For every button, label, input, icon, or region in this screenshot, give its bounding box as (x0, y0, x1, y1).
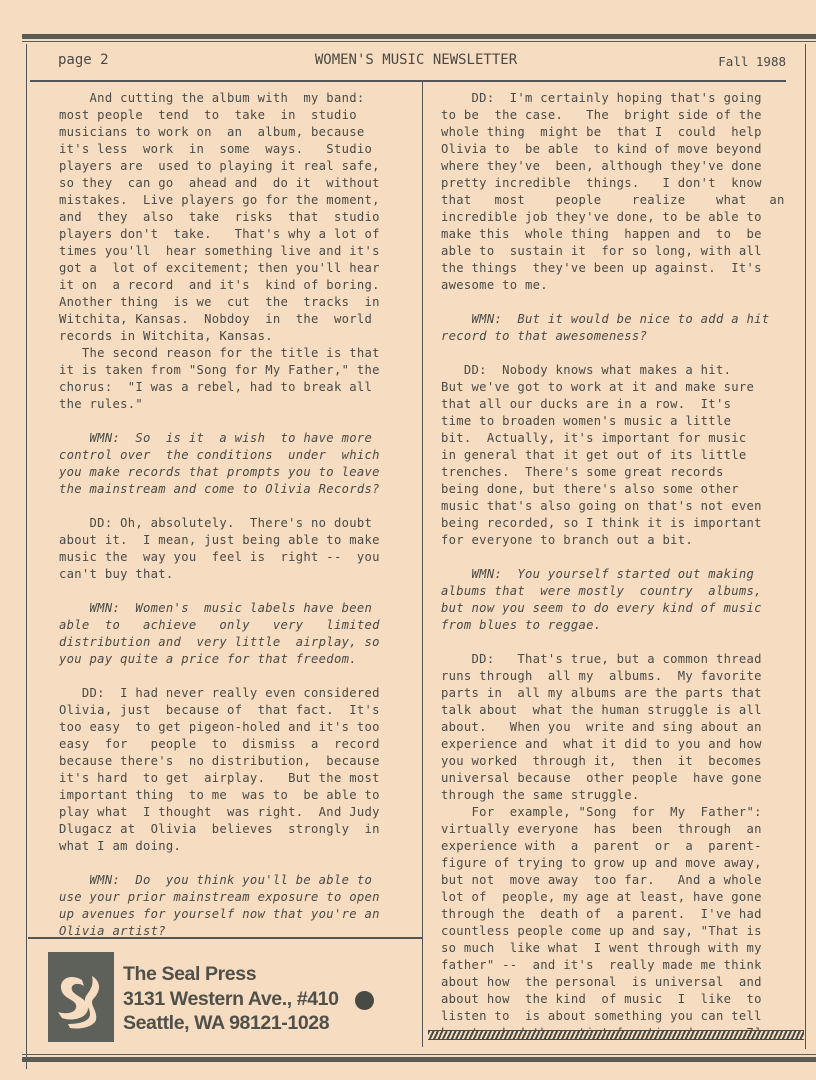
text-line: you worked through it, then it becomes (441, 753, 791, 770)
text-line: Olivia, just because of that fact. It's (59, 702, 409, 719)
text-line: about how the personal is universal and (441, 974, 791, 991)
text-line: so they can go ahead and do it without (59, 175, 409, 192)
text-line: bit. Actually, it's important for music (441, 430, 791, 447)
text-line: runs through all my albums. My favorite (441, 668, 791, 685)
text-line: countless people come up and say, "That … (441, 923, 791, 940)
text-line: too easy to get pigeon-holed and it's to… (59, 719, 409, 736)
text-line: so much like what I went through with my (441, 940, 791, 957)
text-line: able to sustain it for so long, with all (441, 243, 791, 260)
text-line: WMN: So is it a wish to have more (59, 430, 409, 447)
text-line: because there's no distribution, because (59, 753, 409, 770)
interview-answer: And cutting the album with my band:most … (59, 90, 409, 413)
paragraph-gap (59, 668, 409, 685)
text-line: the rules." (59, 396, 409, 413)
text-line: DD: That's true, but a common thread (441, 651, 791, 668)
frame-left-border (26, 44, 27, 1069)
text-line: easy for people to dismiss a record (59, 736, 409, 753)
top-rule-thin (22, 41, 816, 42)
text-line: through the same struggle. (441, 787, 791, 804)
text-line: lot of people, my age at least, have gon… (441, 889, 791, 906)
ad-address-line1: 3131 Western Ave., #410 (123, 987, 339, 1012)
text-line: For example, "Song for My Father": (441, 804, 791, 821)
text-line: that all our ducks are in a row. It's (441, 396, 791, 413)
text-line: parts in all my albums are the parts tha… (441, 685, 791, 702)
text-line: that most people realize what an (441, 192, 791, 209)
interview-answer: DD: That's true, but a common threadruns… (441, 651, 791, 1042)
interviewer-question: WMN: You yourself started out makingalbu… (441, 566, 791, 634)
text-line: times you'll hear something live and it'… (59, 243, 409, 260)
text-line: incredible job they've done, to be able … (441, 209, 791, 226)
text-line: Another thing is we cut the tracks in (59, 294, 409, 311)
text-line: for everyone to branch out a bit. (441, 532, 791, 549)
text-line: the mainstream and come to Olivia Record… (59, 481, 409, 498)
text-line: control over the conditions under which (59, 447, 409, 464)
interviewer-question: WMN: But it would be nice to add a hitre… (441, 311, 791, 345)
paragraph-gap (59, 855, 409, 872)
bottom-rule-thick (22, 1057, 816, 1062)
text-line: make this whole thing happen and to be (441, 226, 791, 243)
issue-date: Fall 1988 (718, 54, 786, 69)
page-header: page 2 WOMEN'S MUSIC NEWSLETTER Fall 198… (26, 44, 806, 80)
text-line: Witchita, Kansas. Nobdoy in the world (59, 311, 409, 328)
text-line: but not move away too far. And a whole (441, 872, 791, 889)
text-line: about. When you write and sing about an (441, 719, 791, 736)
text-line: Olivia to be able to kind of move beyond (441, 141, 791, 158)
bullet-dot-icon (355, 991, 374, 1010)
ad-top-rule (28, 937, 422, 939)
paragraph-gap (59, 413, 409, 430)
text-line: where they've been, although they've don… (441, 158, 791, 175)
text-line: about it. I mean, just being able to mak… (59, 532, 409, 549)
left-column-text: And cutting the album with my band:most … (59, 90, 409, 940)
ad-company-name: The Seal Press (123, 962, 339, 987)
text-line: most people tend to take in studio (59, 107, 409, 124)
text-line: The second reason for the title is that (59, 345, 409, 362)
text-line: it is taken from "Song for My Father," t… (59, 362, 409, 379)
text-line: record to that awesomeness? (441, 328, 791, 345)
seal-press-logo-icon (48, 952, 114, 1042)
text-line: players don't take. That's why a lot of (59, 226, 409, 243)
text-line: important thing to me was to be able to (59, 787, 409, 804)
text-line: figure of trying to grow up and move awa… (441, 855, 791, 872)
rope-border-decoration (428, 1030, 804, 1040)
paragraph-gap (59, 583, 409, 600)
text-line: But we've got to work at it and make sur… (441, 379, 791, 396)
text-line: listen to is about something you can tel… (441, 1008, 791, 1025)
right-column-text: DD: I'm certainly hoping that's goingto … (441, 90, 791, 1042)
text-line: got a lot of excitement; then you'll hea… (59, 260, 409, 277)
text-line: WMN: Women's music labels have been (59, 600, 409, 617)
text-line: you pay quite a price for that freedom. (59, 651, 409, 668)
text-line: albums that were mostly country albums, (441, 583, 791, 600)
text-line: music that's also going on that's not ev… (441, 498, 791, 515)
interview-answer: DD: I had never really even consideredOl… (59, 685, 409, 855)
text-line: and they also take risks that studio (59, 209, 409, 226)
interviewer-question: WMN: So is it a wish to have morecontrol… (59, 430, 409, 498)
text-line: being recorded, so I think it is importa… (441, 515, 791, 532)
newsletter-title: WOMEN'S MUSIC NEWSLETTER (26, 52, 806, 68)
advertisement-text: The Seal Press 3131 Western Ave., #410 S… (123, 962, 339, 1036)
text-line: from blues to reggae. (441, 617, 791, 634)
text-line: use your prior mainstream exposure to op… (59, 889, 409, 906)
text-line: WMN: You yourself started out making (441, 566, 791, 583)
text-line: Dlugacz at Olivia believes strongly in (59, 821, 409, 838)
text-line: through the death of a parent. I've had (441, 906, 791, 923)
column-divider (422, 82, 423, 1047)
interviewer-question: WMN: Do you think you'll be able touse y… (59, 872, 409, 940)
text-line: the things they've been up against. It's (441, 260, 791, 277)
text-line: players are used to playing it real safe… (59, 158, 409, 175)
text-line: father" -- and it's really made me think (441, 957, 791, 974)
text-line: in general that it get out of its little (441, 447, 791, 464)
text-line: can't buy that. (59, 566, 409, 583)
text-line: virtually everyone has been through an (441, 821, 791, 838)
text-line: pretty incredible things. I don't know (441, 175, 791, 192)
top-rule-thick (22, 34, 816, 39)
text-line: music the way you feel is right -- you (59, 549, 409, 566)
text-line: experience and what it did to you and ho… (441, 736, 791, 753)
text-line: trenches. There's some great records (441, 464, 791, 481)
text-line: DD: Nobody knows what makes a hit. (441, 362, 791, 379)
text-line: And cutting the album with my band: (59, 90, 409, 107)
text-line: DD: I'm certainly hoping that's going (441, 90, 791, 107)
text-line: records in Witchita, Kansas. (59, 328, 409, 345)
ad-address-line2: Seattle, WA 98121-1028 (123, 1011, 339, 1036)
text-line: musicians to work on an album, because (59, 124, 409, 141)
text-line: what I am doing. (59, 838, 409, 855)
text-line: you make records that prompts you to lea… (59, 464, 409, 481)
text-line: chorus: "I was a rebel, had to break all (59, 379, 409, 396)
text-line: it's less work in some ways. Studio (59, 141, 409, 158)
newsletter-page: page 2 WOMEN'S MUSIC NEWSLETTER Fall 198… (0, 0, 816, 1080)
text-line: universal because other people have gone (441, 770, 791, 787)
text-line: distribution and very little airplay, so (59, 634, 409, 651)
text-line: WMN: But it would be nice to add a hit (441, 311, 791, 328)
text-line: being done, but there's also some other (441, 481, 791, 498)
paragraph-gap (59, 498, 409, 515)
text-line: but now you seem to do every kind of mus… (441, 600, 791, 617)
text-line: up avenues for yourself now that you're … (59, 906, 409, 923)
paragraph-gap (441, 294, 791, 311)
text-line: awesome to me. (441, 277, 791, 294)
frame-right-border (805, 44, 806, 1049)
paragraph-gap (441, 345, 791, 362)
text-line: talk about what the human struggle is al… (441, 702, 791, 719)
text-line: DD: Oh, absolutely. There's no doubt (59, 515, 409, 532)
text-line: mistakes. Live players go for the moment… (59, 192, 409, 209)
text-line: it on a record and it's kind of boring. (59, 277, 409, 294)
text-line: DD: I had never really even considered (59, 685, 409, 702)
text-line: experience with a parent or a parent- (441, 838, 791, 855)
text-line: whole thing might be that I could help (441, 124, 791, 141)
text-line: time to broaden women's music a little (441, 413, 791, 430)
text-line: it's hard to get airplay. But the most (59, 770, 409, 787)
paragraph-gap (441, 634, 791, 651)
text-line: able to achieve only very limited (59, 617, 409, 634)
bottom-rule-thin (22, 1054, 816, 1055)
header-rule (30, 80, 786, 82)
text-line: to be the case. The bright side of the (441, 107, 791, 124)
interview-answer: DD: Oh, absolutely. There's no doubtabou… (59, 515, 409, 583)
text-line: WMN: Do you think you'll be able to (59, 872, 409, 889)
text-line: play what I thought was right. And Judy (59, 804, 409, 821)
interview-answer: DD: I'm certainly hoping that's goingto … (441, 90, 791, 294)
interviewer-question: WMN: Women's music labels have beenable … (59, 600, 409, 668)
interview-answer: DD: Nobody knows what makes a hit.But we… (441, 362, 791, 549)
paragraph-gap (441, 549, 791, 566)
text-line: about how the kind of music I like to (441, 991, 791, 1008)
